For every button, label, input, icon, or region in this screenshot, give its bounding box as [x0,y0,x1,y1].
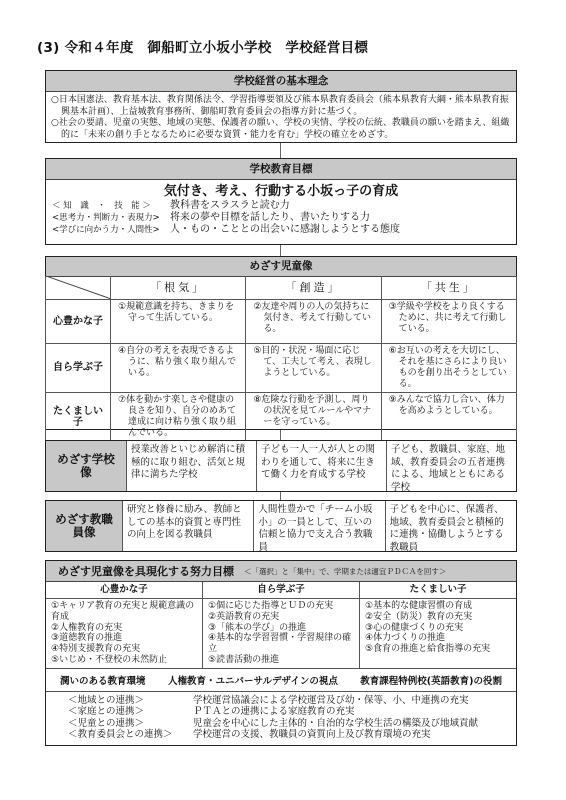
list-item: ②安全（防災）教育の充実 [365,612,511,623]
list-item: ②英語教育の充実 [208,612,354,623]
student-image-header: めざす児童像 [46,257,516,277]
partnership-key: ＜教育委員会との連携＞ [68,729,193,741]
perspective: 教育課程特例校(英語教育)の役割 [360,673,502,687]
partnership-row: ＜地域との連携＞学校運営協議会による学校運営及び幼・保等、小、中連携の充実 [68,695,516,707]
effort-goals-box: めざす児童像を具現化する努力目標 ＜「選択」と「集中」で、学期または適宜ＰＤＣＡ… [45,560,517,746]
effort-goals-header: めざす児童像を具現化する努力目標 ＜「選択」と「集中」で、学期または適宜ＰＤＣＡ… [46,561,516,582]
table-cell: ⑨みんなで協力し合い、体力を高めようとしている。 [386,395,512,417]
row-label: 心豊かな子 [46,299,111,343]
table-cell: ②友達や周りの人の気持ちに気付き、考えて行動している。 [250,302,376,335]
partnership-row: ＜家庭との連携＞ＰＴＡとの連携による家庭教育の充実 [68,706,516,718]
effort-column-title: 自ら学ぶ子 [203,582,359,599]
connector-line [280,245,281,256]
effort-goals-title: めざす児童像を具現化する努力目標 [58,563,234,579]
table-cell: ③学級や学校をより良くするために、共に考えて行動している。 [386,302,512,335]
perspective: 人権教育・ユニバーサルデザインの視点 [168,673,338,687]
partnership-value: ＰＴＡとの連携による家庭教育の充実 [193,706,355,718]
goal-value: 教科書をスラスラと読む力 [170,200,290,212]
list-item: ⑤読書活動の推進 [208,655,354,666]
list-item: ①基本的な健康習慣の育成 [365,601,511,612]
effort-goals-subtitle: ＜「選択」と「集中」で、学期または適宜ＰＤＣＡを回す＞ [244,566,446,577]
goal-key: <学びに向かう力・人間性> [52,224,170,236]
list-item: ④基本的な学習習慣・学習規律の確立 [208,633,354,655]
column-header: 「根気」 [111,276,246,299]
philosophy-header: 学校経営の基本理念 [46,71,516,92]
effort-column-title: 心豊かな子 [46,582,202,599]
partnership-value: 学校運営の支援、教職員の資質向上及び教育環境の充実 [193,729,431,741]
perspectives-row: 潤いのある教育環境 人権教育・ユニバーサルデザインの視点 教育課程特例校(英語教… [46,669,516,692]
school-image-label: めざす学校像 [46,441,127,491]
list-item: ③道徳教育の推進 [51,633,197,644]
partnership-list: ＜地域との連携＞学校運営協議会による学校運営及び幼・保等、小、中連携の充実 ＜家… [46,692,516,744]
goal-key: ＜ 知 識 ・ 技 能 ＞ [52,200,170,212]
partnership-value: 学校運営協議会による学校運営及び幼・保等、小、中連携の充実 [193,695,469,707]
row-label: たくましい子 [46,392,111,441]
effort-column-title: たくましい子 [360,582,516,599]
staff-image-cell: 研究と修養に励み、教師としての基本的資質と専門性の向上を図る教職員 [123,501,254,551]
list-item: ①キャリア教育の充実と規範意識の育成 [51,601,197,623]
partnership-key: ＜地域との連携＞ [68,695,193,707]
list-item: ④体力づくりの推進 [365,633,511,644]
row-label: 自ら学ぶ子 [46,343,111,392]
column-header: 「創造」 [246,276,381,299]
effort-list: ①キャリア教育の充実と規範意識の育成 ②人権教育の充実 ③道徳教育の推進 ④特別… [46,599,202,668]
connector-line [280,492,281,500]
effort-column: 心豊かな子 ①キャリア教育の充実と規範意識の育成 ②人権教育の充実 ③道徳教育の… [46,582,203,668]
staff-image-label: めざす教職員像 [46,501,123,551]
school-image-cell: 子ども、教職員、家庭、地域、教育委員会の五者連携による、地域とともにある学校 [387,441,516,491]
goal-row: <学びに向かう力・人間性> 人・もの・こととの出会いに感謝しようとする態度 [46,224,516,236]
philosophy-item: ○日本国憲法、教育基本法、教育関係法令、学習指導要領及び熊本県教育委員会（熊本県… [51,95,512,118]
staff-image-box: めざす教職員像 研究と修養に励み、教師としての基本的資質と専門性の向上を図る教職… [45,500,517,552]
goal-row: <思考力・判断力・表現力> 将来の夢や目標を話したり、書いたりする力 [46,212,516,224]
list-item: ③心の健康づくりの充実 [365,623,511,634]
goal-value: 人・もの・こととの出会いに感謝しようとする態度 [170,224,400,236]
goal-key: <思考力・判断力・表現力> [52,212,170,224]
list-item: ③「熊本の学び」の推進 [208,623,354,634]
perspective: 潤いのある教育環境 [60,673,146,687]
table-cell: ④自分の考えを表現できるように、粘り強く取り組んでいる。 [115,346,241,379]
page-title: (3) 令和４年度 御船町立小坂小学校 学校経営目標 [37,36,368,56]
partnership-key: ＜児童との連携＞ [68,718,193,730]
school-image-box: めざす学校像 授業改善といじめ解消に積極的に取り組む、活気と規律に満ちた学校 子… [45,440,517,492]
table-cell: ⑧危険な行動を予測し、周りの状況を見てルールやマナーを守っている。 [250,395,376,428]
staff-image-cell: 人間性豊かで「チーム小坂小」の一員として、互いの信頼と協力で支え合う教職員 [254,501,385,551]
connector-line [280,143,281,158]
table-cell: ⑤目的・状況・場面に応じて、工夫して考え、表現しようとしている。 [250,346,376,379]
staff-image-cell: 子どもを中心に、保護者、地域、教育委員会と積極的に連携・協働しようとする教職員 [386,501,516,551]
school-image-cell: 子ども一人一人が人との関わりを通して、将来に生きて働く力を育成する学校 [257,441,387,491]
diagonal-corner [46,276,111,299]
list-item: ④特別支援教育の充実 [51,644,197,655]
table-cell: ①規範意識を持ち、きまりを守って生活している。 [115,302,241,324]
list-item: ②人権教育の充実 [51,623,197,634]
philosophy-box: 学校経営の基本理念 ○日本国憲法、教育基本法、教育関係法令、学習指導要領及び熊本… [45,70,517,143]
table-cell: ⑦体を動かす楽しさや健康の良さを知り、自分のめあて達成に向け粘り強く取り組んでい… [115,395,241,439]
table-cell: ⑥お互いの考えを大切にし、それを基にさらにより良いものを創り出そうとしている。 [386,346,512,390]
philosophy-item: ○社会の要請、児童の実態、地域の実態、保護者の願い、学校の実情、学校の伝統、教職… [51,118,512,141]
list-item: ①個に応じた指導とＵＤの充実 [208,601,354,612]
effort-list: ①基本的な健康習慣の育成 ②安全（防災）教育の充実 ③心の健康づくりの充実 ④体… [360,599,516,657]
effort-goals-columns: 心豊かな子 ①キャリア教育の充実と規範意識の育成 ②人権教育の充実 ③道徳教育の… [46,582,516,669]
partnership-key: ＜家庭との連携＞ [68,706,193,718]
diagonal-line-icon [46,276,110,299]
effort-column: たくましい子 ①基本的な健康習慣の育成 ②安全（防災）教育の充実 ③心の健康づく… [360,582,516,668]
school-goal-header: 学校教育目標 [46,159,516,180]
partnership-row: ＜教育委員会との連携＞学校運営の支援、教職員の資質向上及び教育環境の充実 [68,729,516,741]
student-image-table: 「根気」 「創造」 「共生」 心豊かな子 ①規範意識を持ち、きまりを守って生活し… [45,276,517,442]
partnership-value: 児童会を中心にした主体的・自治的な学校生活の構築及び地域貢献 [193,718,478,730]
partnership-row: ＜児童との連携＞児童会を中心にした主体的・自治的な学校生活の構築及び地域貢献 [68,718,516,730]
philosophy-body: ○日本国憲法、教育基本法、教育関係法令、学習指導要領及び熊本県教育委員会（熊本県… [46,92,516,144]
effort-column: 自ら学ぶ子 ①個に応じた指導とＵＤの充実 ②英語教育の充実 ③「熊本の学び」の推… [203,582,360,668]
goal-row: ＜ 知 識 ・ 技 能 ＞ 教科書をスラスラと読む力 [46,200,516,212]
school-goal-main: 気付き、考え、行動する小坂っ子の育成 [46,184,516,200]
school-image-cell: 授業改善といじめ解消に積極的に取り組む、活気と規律に満ちた学校 [127,441,257,491]
effort-list: ①個に応じた指導とＵＤの充実 ②英語教育の充実 ③「熊本の学び」の推進 ④基本的… [203,599,359,668]
school-goal-box: 学校教育目標 気付き、考え、行動する小坂っ子の育成 ＜ 知 識 ・ 技 能 ＞ … [45,158,517,245]
student-image-box: めざす児童像 「根気」 「創造」 「共生」 心豊かな子 ①規範意識を持ち、きまり… [45,256,517,430]
goal-value: 将来の夢や目標を話したり、書いたりする力 [170,212,370,224]
list-item: ⑤いじめ・不登校の未然防止 [51,655,197,666]
column-header: 「共生」 [381,276,516,299]
list-item: ⑤食育の推進と給食指導の充実 [365,644,511,655]
